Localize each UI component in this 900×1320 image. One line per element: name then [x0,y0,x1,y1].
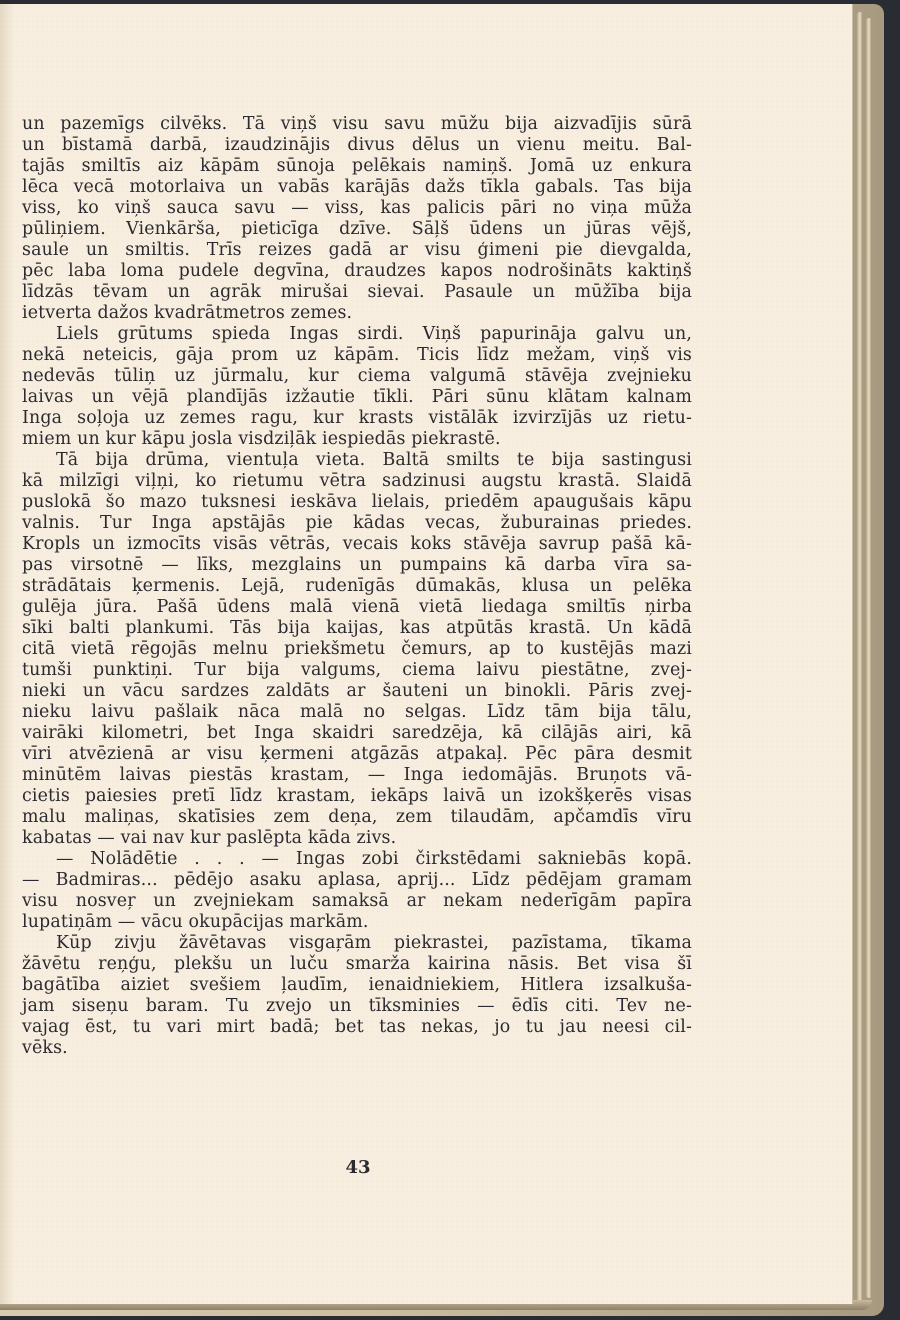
text-line: Kropls un izmocīts visās vētrās, vecais … [22,534,692,555]
text-line: laivas un vējā plandījās izžautie tīkli.… [22,387,692,408]
text-line: strādātais ķermenis. Lejā, rudenīgās dūm… [22,576,692,597]
text-line: nieku laivu pašlaik nāca malā no selgas.… [22,702,692,723]
text-line: vairāki kilometri, bet Inga skaidri sare… [22,723,692,744]
text-line: miem un kur kāpu josla visdziļāk iespied… [22,429,692,450]
text-line: viss, ko viņš sauca savu — viss, kas pal… [22,198,692,219]
text-line: puslokā šo mazo tuksnesi ieskāva lielais… [22,492,692,513]
text-line: tajās smiltīs aiz kāpām sūnoja pelēkais … [22,156,692,177]
text-line: Kūp zivju žāvētavas visgaŗām piekrastei,… [22,933,692,954]
text-line: lēca vecā motorlaiva un vabās karājās da… [22,177,692,198]
text-line: — Nolādētie . . . — Ingas zobi čirkstēda… [22,849,692,870]
text-line: Liels grūtums spieda Ingas sirdi. Viņš p… [22,324,692,345]
text-line: nedevās tūliņ uz jūrmalu, kur ciema valg… [22,366,692,387]
text-line: saule un smiltis. Trīs reizes gadā ar vi… [22,240,692,261]
text-line: — Badmiras... pēdējo asaku aplasa, aprij… [22,870,692,891]
text-line: bagātība aiziet svešiem ļaudīm, ienaidni… [22,975,692,996]
text-line: malu maliņas, skatīsies zem deņa, zem ti… [22,807,692,828]
text-line: nekā neteicis, gāja prom uz kāpām. Ticis… [22,345,692,366]
book-page: un pazemīgs cilvēks. Tā viņš visu savu m… [0,4,853,1304]
text-line: minūtēm laivas piestās krastam, — Inga i… [22,765,692,786]
body-text: un pazemīgs cilvēks. Tā viņš visu savu m… [22,114,692,1059]
text-line: un bīstamā darbā, izaudzinājis divus dēl… [22,135,692,156]
text-line: un pazemīgs cilvēks. Tā viņš visu savu m… [22,114,692,135]
text-line: ietverta dažos kvadrātmetros zemes. [22,303,692,324]
text-line: Tā bija drūma, vientuļa vieta. Baltā smi… [22,450,692,471]
text-line: vēks. [22,1038,692,1059]
scanned-page-view: un pazemīgs cilvēks. Tā viņš visu savu m… [0,0,900,1320]
text-line: žāvētu reņģu, plekšu un luču smarža kair… [22,954,692,975]
text-line: cietis paiesies pretī līdz krastam, iekā… [22,786,692,807]
text-line: pūliņiem. Vienkārša, pieticīga dzīve. Sā… [22,219,692,240]
text-line: citā vietā rēgojās melnu priekšmetu čemu… [22,639,692,660]
page-number: 43 [343,1157,373,1178]
text-line: līdzās tēvam un agrāk mirušai sievai. Pa… [22,282,692,303]
text-line: jam siseņu baram. Tu zvejo un tīksminies… [22,996,692,1017]
text-line: gulēja jūra. Pašā ūdens malā vienā vietā… [22,597,692,618]
text-line: valnis. Tur Inga apstājās pie kādas veca… [22,513,692,534]
text-line: sīki balti plankumi. Tās bija kaijas, ka… [22,618,692,639]
page-edge [857,12,863,1302]
text-line: visu nosveŗ un zvejniekam samaksā ar nek… [22,891,692,912]
text-line: kā milzīgi viļņi, ko rietumu vētra sadzi… [22,471,692,492]
text-line: lupatiņām — vācu okupācijas markām. [22,912,692,933]
text-line: Inga soļoja uz zemes ragu, kur krasts vi… [22,408,692,429]
page-edge [866,18,872,1298]
text-line: vajag ēst, tu vari mirt badā; bet tas ne… [22,1017,692,1038]
text-line: pas virsotnē — līks, mezglains un pumpai… [22,555,692,576]
text-line: tumši punktiņi. Tur bija valgums, ciema … [22,660,692,681]
text-line: vīri atvēzienā ar visu ķermeni atgāzās a… [22,744,692,765]
text-line: nieki un vācu sardzes zaldāts ar šauteni… [22,681,692,702]
text-line: pēc laba loma pudele degvīna, draudzes k… [22,261,692,282]
text-line: kabatas — vai nav kur paslēpta kāda zivs… [22,828,692,849]
